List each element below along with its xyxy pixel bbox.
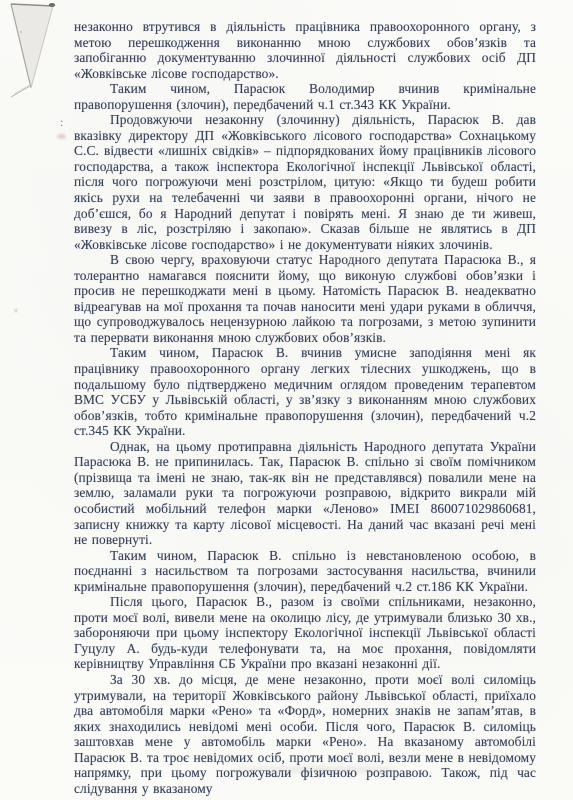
paragraph-8: Після цього, Парасюк В., разом із своїми… bbox=[74, 594, 536, 672]
paragraph-9: За 30 хв. до місця, де мене незаконно, п… bbox=[74, 672, 536, 796]
paragraph-6: Однак, на цьому протиправна діяльність Н… bbox=[74, 439, 536, 548]
paragraph-4: В свою чергу, враховуючи статус Народног… bbox=[74, 252, 536, 345]
paragraph-5: Таким чином, Парасюк В. вчинив умисне за… bbox=[74, 345, 536, 438]
scanned-document-page: : × незаконно втрутився в діяльність пра… bbox=[0, 0, 573, 800]
paragraph-7: Таким чином, Парасюк В. спільно із невст… bbox=[74, 548, 536, 595]
page-fold-corner-artifact bbox=[0, 0, 70, 110]
pink-smudge-artifact bbox=[57, 134, 66, 139]
document-text-block: незаконно втрутився в діяльність працівн… bbox=[74, 19, 536, 796]
paragraph-2: Таким чином, Парасюк Володимир вчинив кр… bbox=[74, 81, 536, 112]
paragraph-3: Продовжуючи незаконну (злочинну) діяльні… bbox=[74, 112, 536, 252]
paragraph-1: незаконно втрутився в діяльність працівн… bbox=[74, 19, 536, 81]
stray-ink-colon-mark: : bbox=[60, 115, 63, 130]
stray-toner-x-mark: × bbox=[13, 306, 19, 317]
